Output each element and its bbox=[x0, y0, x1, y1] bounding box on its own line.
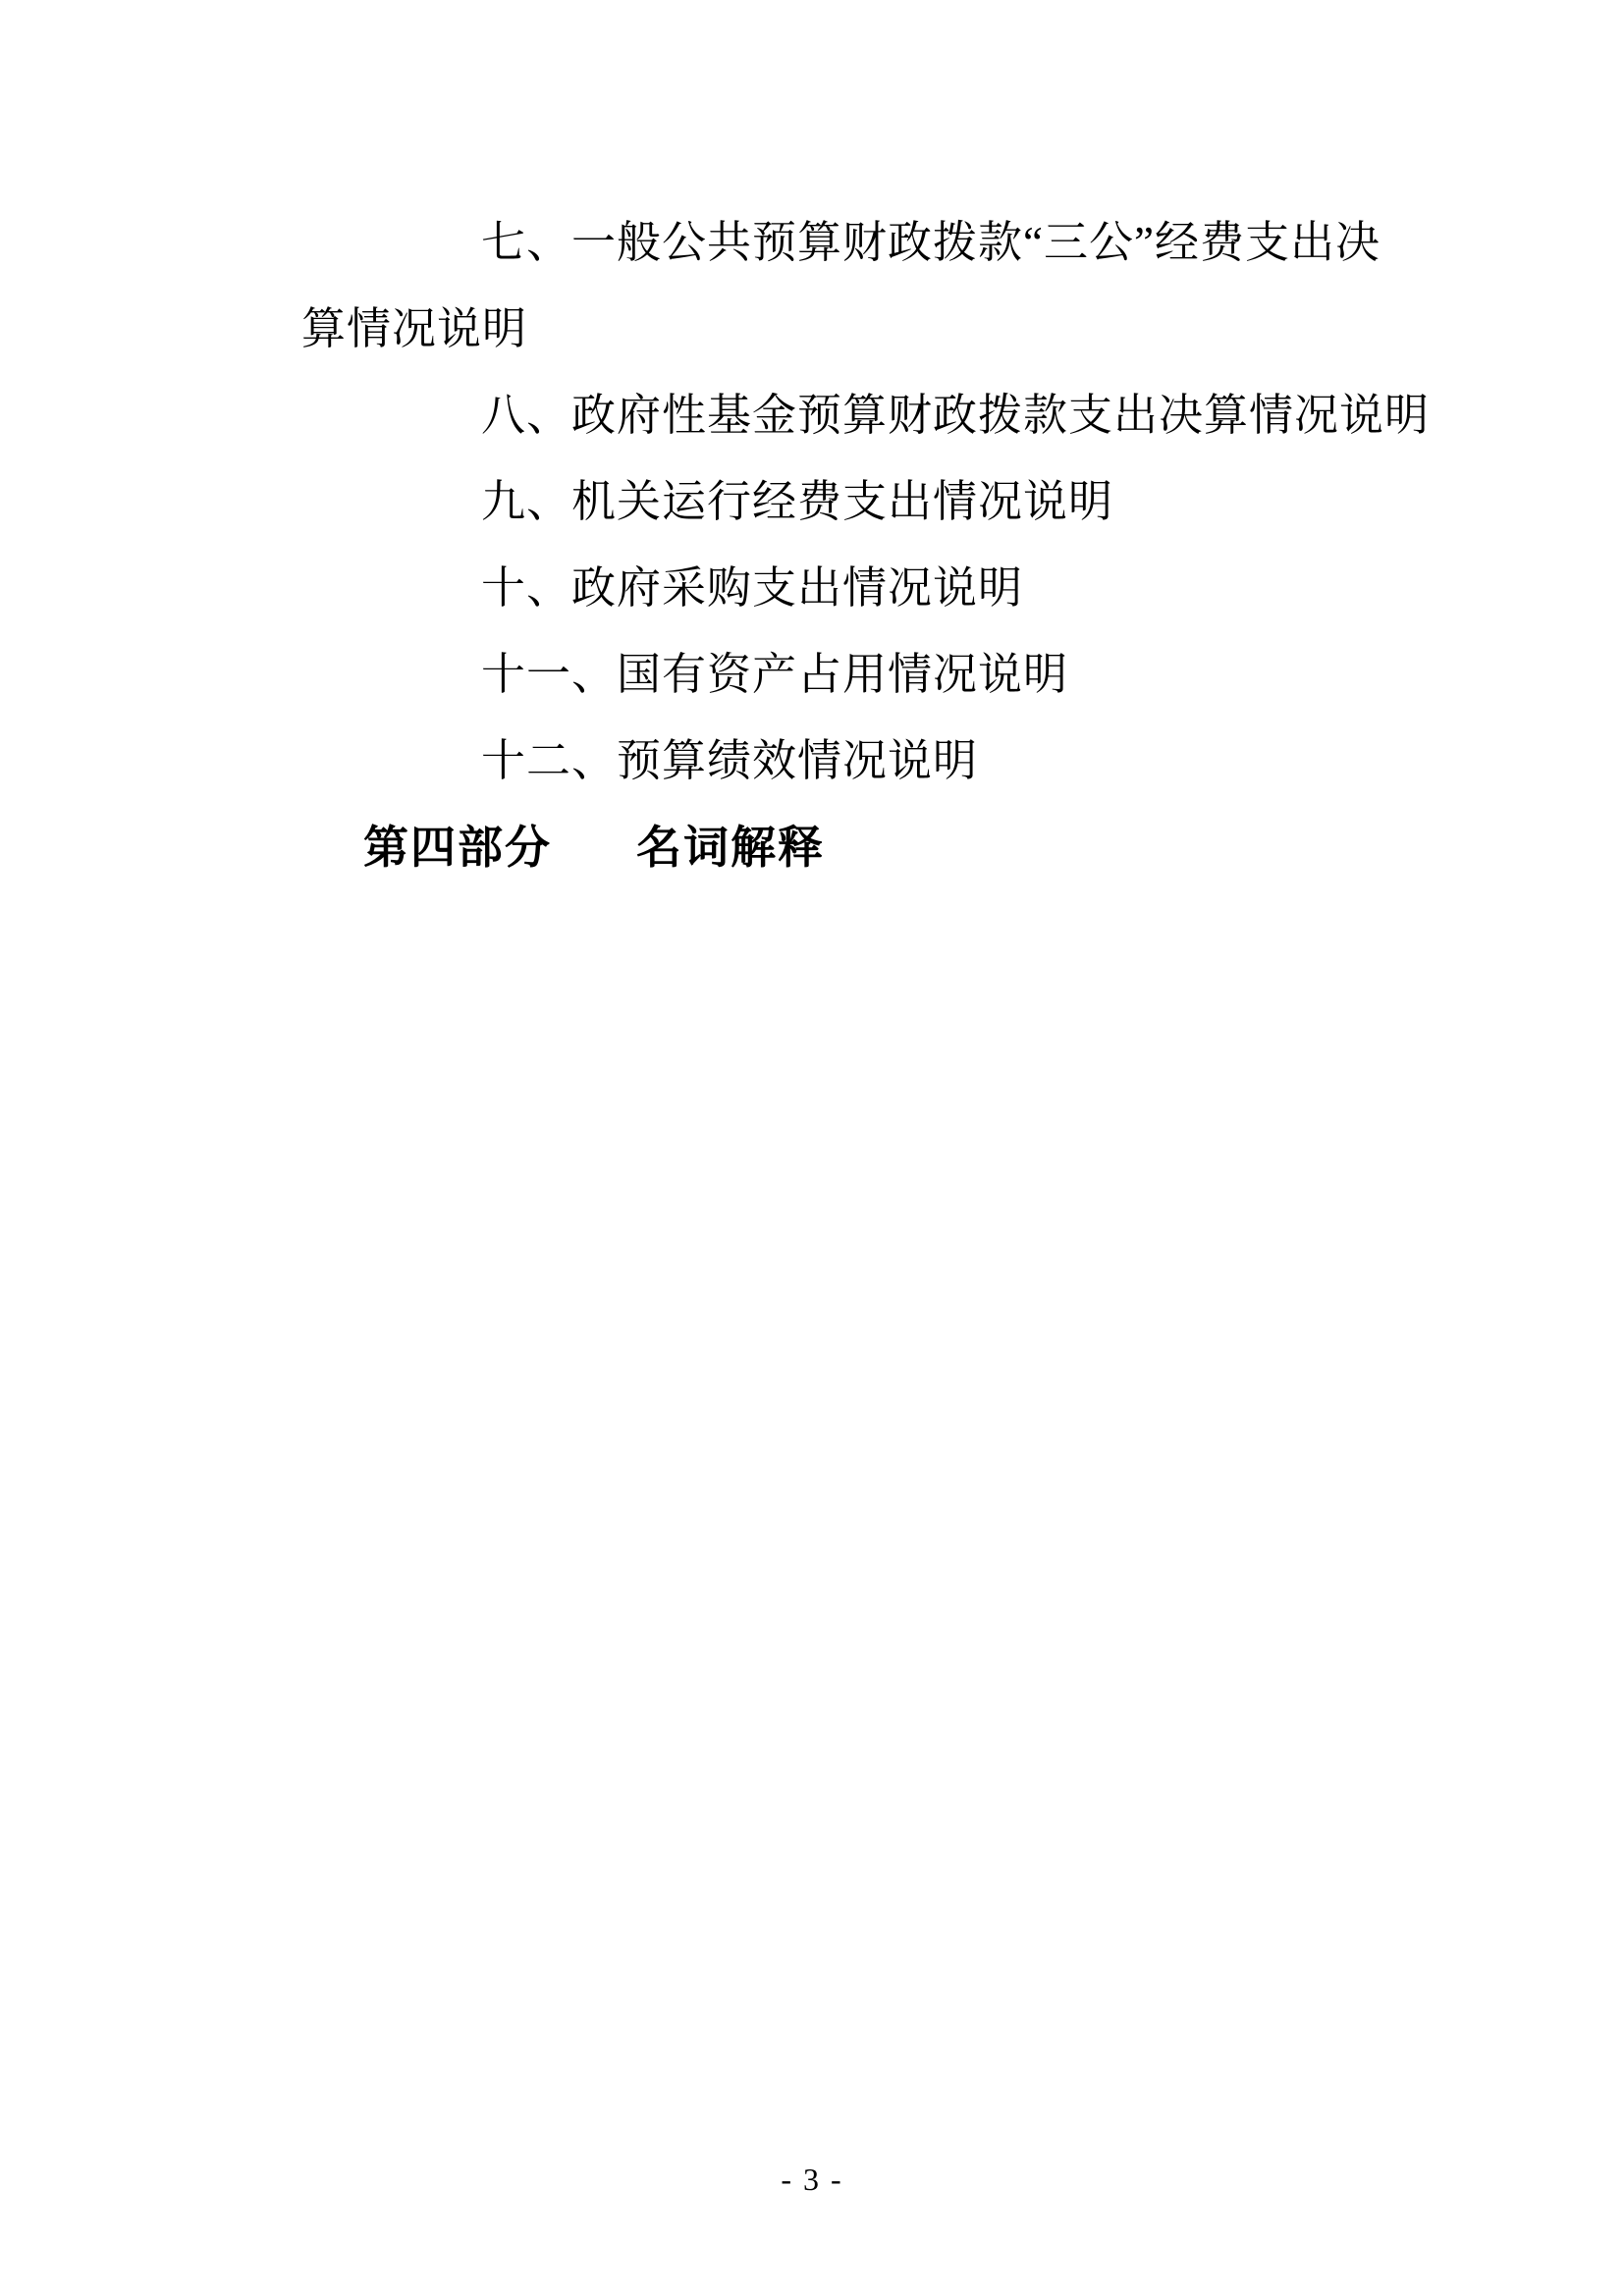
toc-entry-9: 九、机关运行经费支出情况说明 bbox=[301, 458, 1427, 545]
section-heading-part4: 第四部分名词解释 bbox=[301, 804, 1427, 890]
section-heading-title: 名词解释 bbox=[636, 822, 825, 873]
toc-entry-8: 八、政府性基金预算财政拨款支出决算情况说明 bbox=[301, 372, 1427, 458]
toc-entry-11: 十一、国有资产占用情况说明 bbox=[301, 631, 1427, 718]
section-heading-label: 第四部分 bbox=[363, 822, 552, 873]
toc-entry-10: 十、政府采购支出情况说明 bbox=[301, 545, 1427, 631]
document-page: 七、一般公共预算财政拨款“三公”经费支出决 算情况说明 八、政府性基金预算财政拨… bbox=[0, 0, 1624, 2296]
toc-entry-12: 十二、预算绩效情况说明 bbox=[301, 718, 1427, 804]
page-number: - 3 - bbox=[0, 2158, 1624, 2201]
toc-entry-7-line2-continuation: 算情况说明 bbox=[301, 286, 1427, 372]
table-of-contents: 七、一般公共预算财政拨款“三公”经费支出决 算情况说明 八、政府性基金预算财政拨… bbox=[301, 199, 1427, 890]
toc-entry-7-line1: 七、一般公共预算财政拨款“三公”经费支出决 bbox=[301, 199, 1427, 286]
heading-gap-spacer bbox=[552, 862, 636, 863]
